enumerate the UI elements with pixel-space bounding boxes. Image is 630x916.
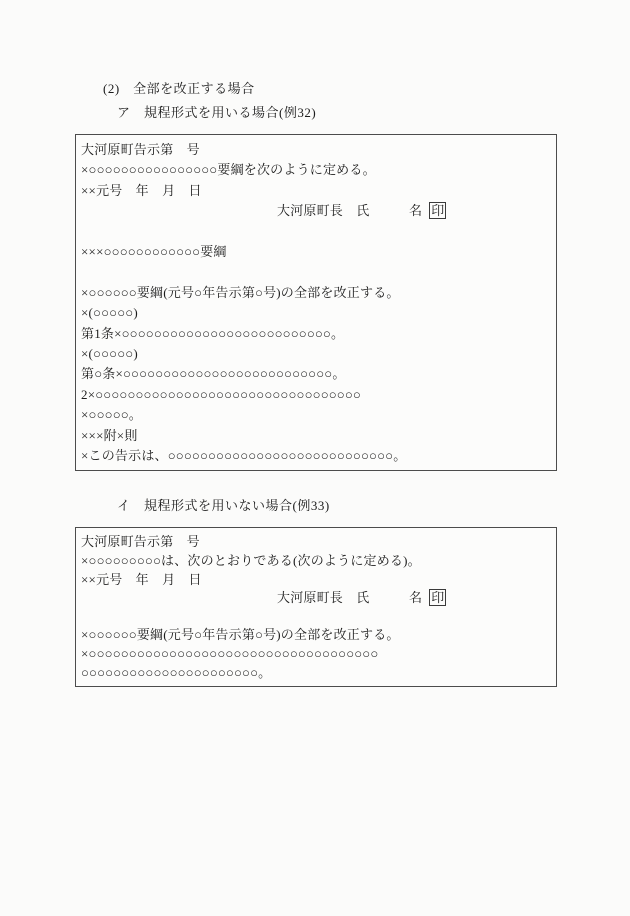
date-line: ××元号 年 月 日	[81, 181, 551, 201]
signature-name: 大河原町長 氏 名	[277, 590, 422, 605]
blank-line	[81, 262, 551, 282]
doc-line: ×○○○○○○要綱(元号○年告示第○号)の全部を改正する。	[81, 626, 551, 645]
doc-line: 2×○○○○○○○○○○○○○○○○○○○○○○○○○○○○○○○○○	[81, 385, 551, 405]
subsection-heading-a: ア 規程形式を用いる場合(例32)	[117, 104, 630, 121]
seal-stamp: 印	[429, 202, 446, 219]
doc-line: ×この告示は、○○○○○○○○○○○○○○○○○○○○○○○○○○○○。	[81, 446, 551, 466]
document-page: (2) 全部を改正する場合 ア 規程形式を用いる場合(例32) 大河原町告示第 …	[0, 0, 630, 916]
doc-line: ×○○○○○○○○○は、次のとおりである(次のように定める)。	[81, 552, 551, 571]
seal-stamp: 印	[429, 589, 446, 606]
doc-line: ×(○○○○○)	[81, 344, 551, 364]
doc-line: ×(○○○○○)	[81, 303, 551, 323]
supplementary-provisions-line: ×××附×則	[81, 426, 551, 446]
doc-line: ×○○○○○。	[81, 405, 551, 425]
example-33-box: 大河原町告示第 号 ×○○○○○○○○○は、次のとおりである(次のように定める)…	[75, 527, 557, 687]
date-line: ××元号 年 月 日	[81, 571, 551, 590]
subsection-heading-b: イ 規程形式を用いない場合(例33)	[117, 497, 630, 514]
example-32-box: 大河原町告示第 号 ×○○○○○○○○○○○○○○○○要綱を次のように定める。 …	[75, 134, 557, 471]
doc-title-line: ×××○○○○○○○○○○○○要綱	[81, 242, 551, 262]
doc-line: 第○条×○○○○○○○○○○○○○○○○○○○○○○○○○○。	[81, 364, 551, 384]
doc-line: ×○○○○○○○○○○○○○○○○要綱を次のように定める。	[81, 160, 551, 180]
signature-line: 大河原町長 氏 名印	[81, 589, 551, 608]
section-heading: (2) 全部を改正する場合	[103, 80, 630, 97]
doc-line: ○○○○○○○○○○○○○○○○○○○○○○。	[81, 664, 551, 683]
doc-line: ×○○○○○○要綱(元号○年告示第○号)の全部を改正する。	[81, 283, 551, 303]
signature-name: 大河原町長 氏 名	[277, 203, 422, 218]
notice-number-line: 大河原町告示第 号	[81, 140, 551, 160]
doc-line: 第1条×○○○○○○○○○○○○○○○○○○○○○○○○○○。	[81, 324, 551, 344]
doc-line: ×○○○○○○○○○○○○○○○○○○○○○○○○○○○○○○○○○○○○	[81, 645, 551, 664]
signature-line: 大河原町長 氏 名印	[81, 201, 551, 221]
blank-line	[81, 222, 551, 242]
blank-line	[81, 608, 551, 627]
notice-number-line: 大河原町告示第 号	[81, 533, 551, 552]
